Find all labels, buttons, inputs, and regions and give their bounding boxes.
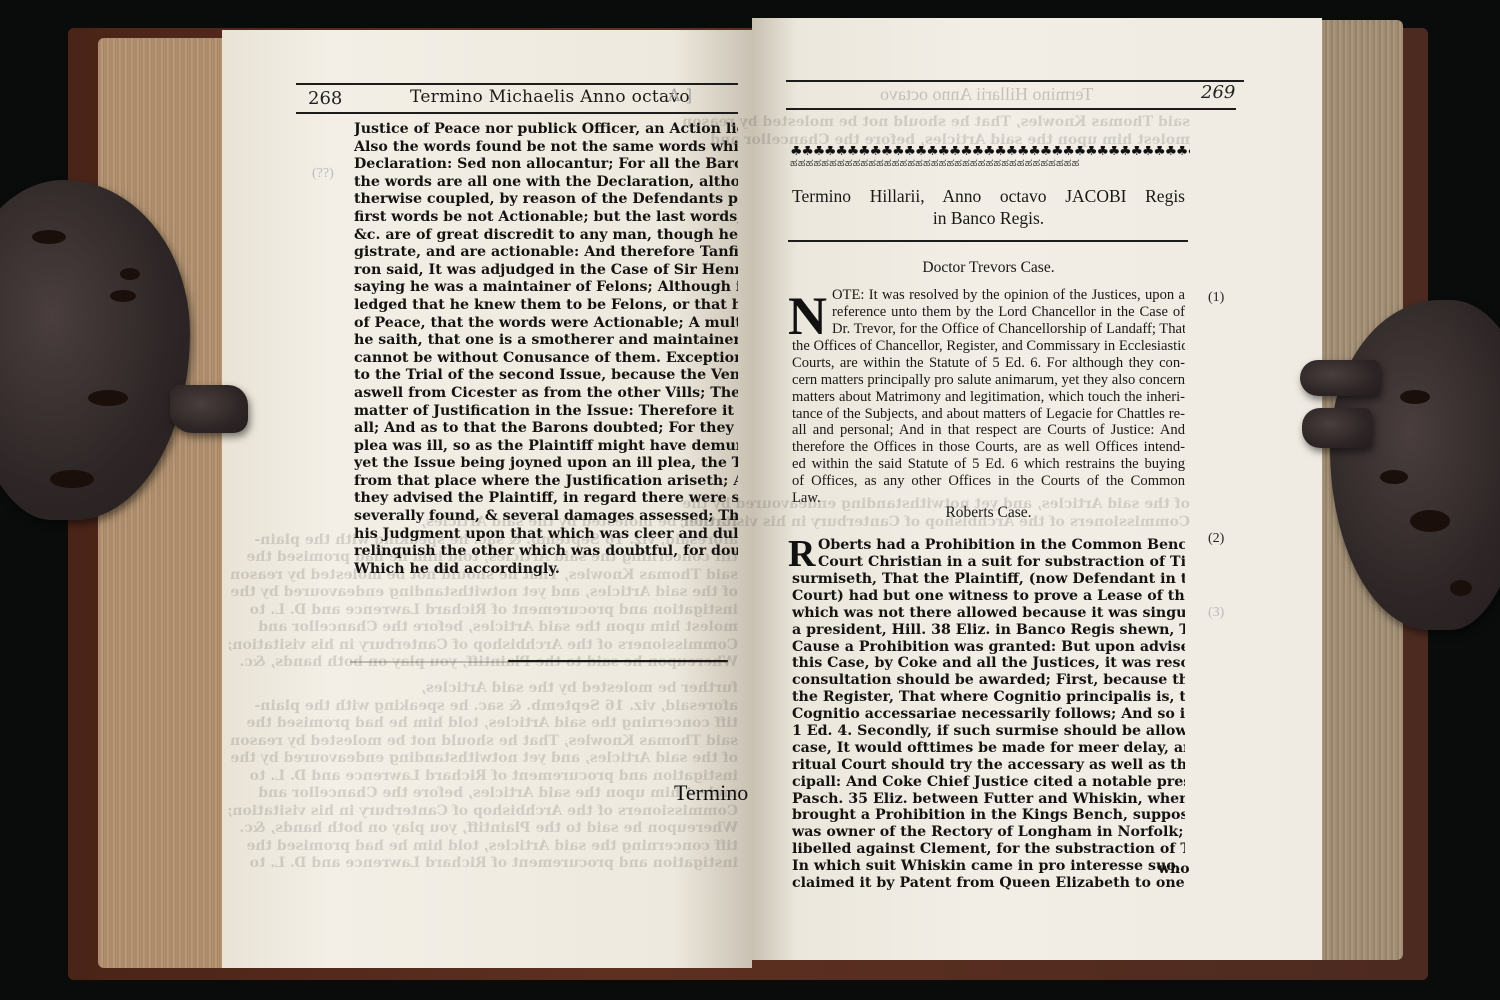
text-line: Courts, are within the Statute of 5 Ed. … xyxy=(792,355,1185,372)
running-head-left: Termino Michaelis Anno octavo xyxy=(410,87,690,107)
roberts-case-body: surmiseth, That the Plaintiff, (now Defe… xyxy=(792,571,1185,892)
section-title-rule xyxy=(788,240,1188,242)
text-line: Oberts had a Prohibition in the Common B… xyxy=(818,537,1185,554)
text-line: OTE: It was resolved by the opinion of t… xyxy=(832,287,1185,304)
drop-cap-n: N xyxy=(788,290,827,342)
text-line: consultation should be awarded; First, b… xyxy=(792,672,1185,689)
text-line: he saith, that one is a smotherer and ma… xyxy=(354,332,738,350)
text-line: ron said, It was adjudged in the Case of… xyxy=(354,262,738,280)
section-end-rule xyxy=(508,660,728,662)
text-line: the Offices of Chancellor, Register, and… xyxy=(792,338,1185,355)
text-line: Declaration: Sed non allocantur; For all… xyxy=(354,156,738,174)
text-line: In which suit Whiskin came in pro intere… xyxy=(792,858,1185,875)
trevor-case-body: the Offices of Chancellor, Register, and… xyxy=(792,338,1185,507)
bleed-running-head: Termino Hillarii Anno octavo xyxy=(880,84,1093,105)
text-line: cern matters principally pro salute anim… xyxy=(792,372,1185,389)
header-rule-bottom-right xyxy=(786,108,1236,110)
text-line: ed within the said Statute of 5 Ed. 6 wh… xyxy=(792,456,1185,473)
text-line: aswell from Cicester as from the other V… xyxy=(354,385,738,403)
left-page-body: Justice of Peace nor publick Officer, an… xyxy=(354,121,738,578)
case-title-roberts: Roberts Case. xyxy=(792,504,1185,522)
text-line: matters about Matrimony and legitimation… xyxy=(792,389,1185,406)
text-line: &c. are of great discredit to any man, t… xyxy=(354,227,738,245)
text-line: they advised the Plaintiff, in regard th… xyxy=(354,490,738,508)
catchword-left: Termino xyxy=(674,780,748,806)
text-line: claimed it by Patent from Queen Elizabet… xyxy=(792,875,1185,892)
text-line: Also the words found be not the same wor… xyxy=(354,139,738,157)
bleed-through-right-top: said Thomas Knowles, That he should not … xyxy=(790,114,1190,149)
header-rule-top xyxy=(296,83,738,85)
section-title-line1: Termino Hillarii, Anno octavo JACOBI Reg… xyxy=(792,186,1185,207)
text-line: 1 Ed. 4. Secondly, if such surmise shoul… xyxy=(792,723,1185,740)
text-line: first words be not Actionable; but the l… xyxy=(354,209,738,227)
text-line: therwise coupled, by reason of the Defen… xyxy=(354,191,738,209)
text-line: cipall: And Coke Chief Justice cited a n… xyxy=(792,774,1185,791)
roberts-case-dropcap-lines: Oberts had a Prohibition in the Common B… xyxy=(818,537,1185,571)
text-line: Cognitio accessariae necessarily follows… xyxy=(792,706,1185,723)
text-line: a president, Hill. 38 Eliz. in Banco Reg… xyxy=(792,622,1185,639)
margin-note-2: (2) xyxy=(1208,531,1224,547)
text-line: Court Christian in a suit for substracti… xyxy=(818,554,1185,571)
text-line: tance of the Subjects, and about matters… xyxy=(792,406,1185,423)
printers-ornament-band: ♣♣♣♣♣♣♣♣♣♣♣♣♣♣♣♣♣♣♣♣♣♣♣♣♣♣♣♣♣♣♣♣♣♣♣♣♣♣♣♣… xyxy=(790,146,1190,168)
text-line: Court) had but one witness to prove a Le… xyxy=(792,588,1185,605)
text-line: libelled against Clement, for the substr… xyxy=(792,841,1185,858)
text-line: Which he did accordingly. xyxy=(354,561,738,579)
text-line: ritual Court should try the accessary as… xyxy=(792,757,1185,774)
text-line: to the Trial of the second Issue, becaus… xyxy=(354,367,738,385)
text-line: cannot be without Conusance of them. Exc… xyxy=(354,350,738,368)
text-line: gistrate, and are actionable: And theref… xyxy=(354,244,738,262)
text-line: the Register, That where Cognitio princi… xyxy=(792,689,1185,706)
text-line: Justice of Peace nor publick Officer, an… xyxy=(354,121,738,139)
text-line: all; And as to that the Barons doubted; … xyxy=(354,420,738,438)
text-line: brought a Prohibition in the Kings Bench… xyxy=(792,807,1185,824)
right-page-clasp-tab xyxy=(1300,360,1380,396)
text-line: of Offices, as any other Offices in the … xyxy=(792,473,1185,490)
text-line: matter of Justification in the Issue: Th… xyxy=(354,403,738,421)
text-line: of Peace, that the words were Actionable… xyxy=(354,315,738,333)
page-number-left: 268 xyxy=(308,88,342,109)
text-line: Pasch. 35 Eliz. between Futter and Whisk… xyxy=(792,791,1185,808)
section-title-line2: in Banco Regis. xyxy=(792,208,1185,229)
case-title-trevor: Doctor Trevors Case. xyxy=(792,259,1185,277)
text-line: surmiseth, That the Plaintiff, (now Defe… xyxy=(792,571,1185,588)
text-line: therefore the Offices in those Courts, a… xyxy=(792,439,1185,456)
page-number-right: 269 xyxy=(1201,82,1235,103)
drop-cap-r: R xyxy=(788,535,815,573)
margin-note-faded: (??) xyxy=(312,166,334,182)
text-line: reference unto them by the Lord Chancell… xyxy=(832,304,1185,321)
trevor-case-dropcap-lines: OTE: It was resolved by the opinion of t… xyxy=(832,287,1185,338)
text-line: Dr. Trevor, for the Office of Chancellor… xyxy=(832,321,1185,338)
header-rule-bottom xyxy=(296,112,738,114)
text-line: Cause a Prohibition was granted: But upo… xyxy=(792,639,1185,656)
bleed-bracket: A ] xyxy=(668,86,692,106)
text-line: ledged that he knew them to be Felons, o… xyxy=(354,297,738,315)
text-line: was owner of the Rectory of Longham in N… xyxy=(792,824,1185,841)
text-line: this Case, by Coke and all the Justices,… xyxy=(792,655,1185,672)
text-line: relinquish the other which was doubtful,… xyxy=(354,543,738,561)
text-line: from that place where the Justification … xyxy=(354,473,738,491)
margin-note-3-faded: (3) xyxy=(1208,605,1224,621)
catchword-right: who xyxy=(1158,861,1190,877)
text-line: plea was ill, so as the Plaintiff might … xyxy=(354,438,738,456)
margin-note-1: (1) xyxy=(1208,290,1224,306)
bleed-through-text-2: further be molested by the said Articles… xyxy=(354,680,738,873)
left-page-clasp-tab xyxy=(170,385,248,433)
text-line: yet the Issue being joyned upon an ill p… xyxy=(354,455,738,473)
header-rule-top-right xyxy=(786,80,1244,82)
text-line: case, It would ofttimes be made for meer… xyxy=(792,740,1185,757)
text-line: which was not there allowed because it w… xyxy=(792,605,1185,622)
text-line: all and personal; And in that respect ar… xyxy=(792,422,1185,439)
right-page-clasp-tab-2 xyxy=(1302,408,1372,448)
text-line: the words are all one with the Declarati… xyxy=(354,174,738,192)
text-line: saying he was a maintainer of Felons; Al… xyxy=(354,279,738,297)
